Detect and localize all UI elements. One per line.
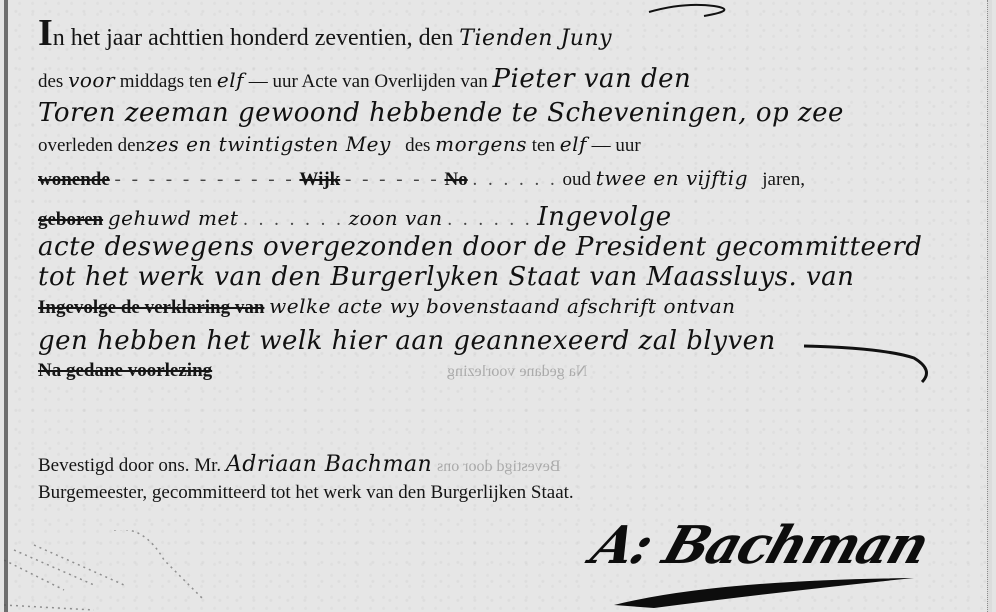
handwritten-geannexeerd: gen hebben het welk hier aan geannexeerd…	[38, 326, 776, 356]
handwritten-gehuwd-met: gehuwd met	[108, 206, 239, 230]
printed-des: des	[405, 135, 430, 156]
registry-origin-line: tot het werk van den Burgerlyken Staat v…	[38, 262, 854, 292]
handwritten-acte-overgezonden: acte deswegens overgezonden door de Pres…	[38, 232, 922, 262]
transmission-line: acte deswegens overgezonden door de Pres…	[38, 232, 922, 262]
struck-no: No	[444, 169, 467, 190]
dotted-fill: . . . . . .	[472, 169, 557, 190]
handwritten-death-hour: elf	[560, 132, 587, 156]
struck-wonende: wonende	[38, 169, 110, 190]
reading-line: Na gedane voorlezing Na gedane voorlezin…	[38, 360, 587, 382]
printed-uur: — uur	[592, 135, 641, 156]
dotted-fill: - - - - - - - - - - -	[115, 169, 295, 190]
marital-status-line: geboren gehuwd met . . . . . . . zoon va…	[38, 202, 672, 232]
bleed-through-text: Na gedane voorlezing	[447, 363, 587, 381]
printed-oud: oud	[562, 169, 591, 190]
printed-des: des	[38, 71, 63, 92]
handwritten-zoon-van: zoon van	[349, 206, 443, 230]
handwritten-death-date: zes en twintigsten Mey	[145, 132, 391, 156]
handwritten-mayor-name: Adriaan Bachman	[226, 452, 432, 477]
ink-bleed-through-marks	[4, 530, 264, 612]
page-right-edge	[987, 0, 992, 612]
printed-overleden-den: overleden den	[38, 135, 145, 156]
bleed-through-text: Bevestigd door ons	[437, 458, 561, 476]
struck-wijk: Wijk	[299, 169, 340, 190]
printed-burgemeester-title: Burgemeester, gecommitteerd tot het werk…	[38, 482, 574, 503]
occupation-residence-line: Toren zeeman gewoond hebbende te Scheven…	[38, 98, 844, 128]
handwritten-voor: voor	[68, 68, 115, 92]
residence-age-line: wonende - - - - - - - - - - - Wijk - - -…	[38, 166, 805, 191]
document-page: In het jaar achttien honderd zeventien, …	[4, 0, 992, 612]
struck-ingevolge-de-verklaring: Ingevolge de verklaring van	[38, 297, 264, 318]
handwritten-morgens: morgens	[435, 132, 527, 156]
handwritten-burgerlyken-staat-maassluys: tot het werk van den Burgerlyken Staat v…	[38, 262, 854, 292]
handwritten-age: twee en vijftig	[596, 166, 748, 190]
drop-cap: I	[38, 12, 53, 54]
dotted-fill: - - - - - -	[345, 169, 440, 190]
page-left-edge	[4, 0, 8, 612]
struck-geboren: geboren	[38, 209, 103, 230]
printed-acte-van-overlijden: — uur Acte van Overlijden van	[249, 71, 488, 92]
handwritten-ingevolge: Ingevolge	[537, 202, 671, 232]
signature-underline-flourish	[594, 560, 924, 610]
printed-middags-ten: middags ten	[120, 71, 212, 92]
opening-printed-text: n het jaar achttien honderd zeventien, d…	[53, 25, 454, 51]
date-handwritten: Tienden Juny	[459, 26, 612, 51]
dotted-fill: . . . . . .	[447, 209, 532, 230]
printed-ten: ten	[532, 135, 555, 156]
printed-jaren: jaren,	[762, 169, 805, 190]
declaration-line: Ingevolge de verklaring van welke acte w…	[38, 294, 736, 319]
dotted-fill: . . . . . . .	[243, 209, 344, 230]
handwritten-hour: elf	[217, 68, 244, 92]
death-date-line: overleden denzes en twintigsten Mey des …	[38, 132, 641, 157]
ink-flourish-end	[804, 330, 944, 390]
annexed-line: gen hebben het welk hier aan geannexeerd…	[38, 326, 776, 356]
deceased-name-part1: Pieter van den	[493, 64, 692, 94]
printed-bevestigd-door: Bevestigd door ons. Mr.	[38, 455, 221, 476]
opening-line: In het jaar achttien honderd zeventien, …	[38, 14, 612, 52]
handwritten-occupation-residence: Toren zeeman gewoond hebbende te Scheven…	[38, 98, 844, 128]
certification-line-2: Burgemeester, gecommitteerd tot het werk…	[38, 482, 574, 504]
certification-line-1: Bevestigd door ons. Mr. Adriaan Bachman …	[38, 452, 561, 477]
time-and-name-line: des voor middags ten elf — uur Acte van …	[38, 64, 691, 94]
ink-flourish-top	[644, 0, 754, 20]
struck-na-gedane-voorlezing: Na gedane voorlezing	[38, 360, 212, 381]
handwritten-afschrift: welke acte wy bovenstaand afschrift ontv…	[269, 294, 735, 318]
